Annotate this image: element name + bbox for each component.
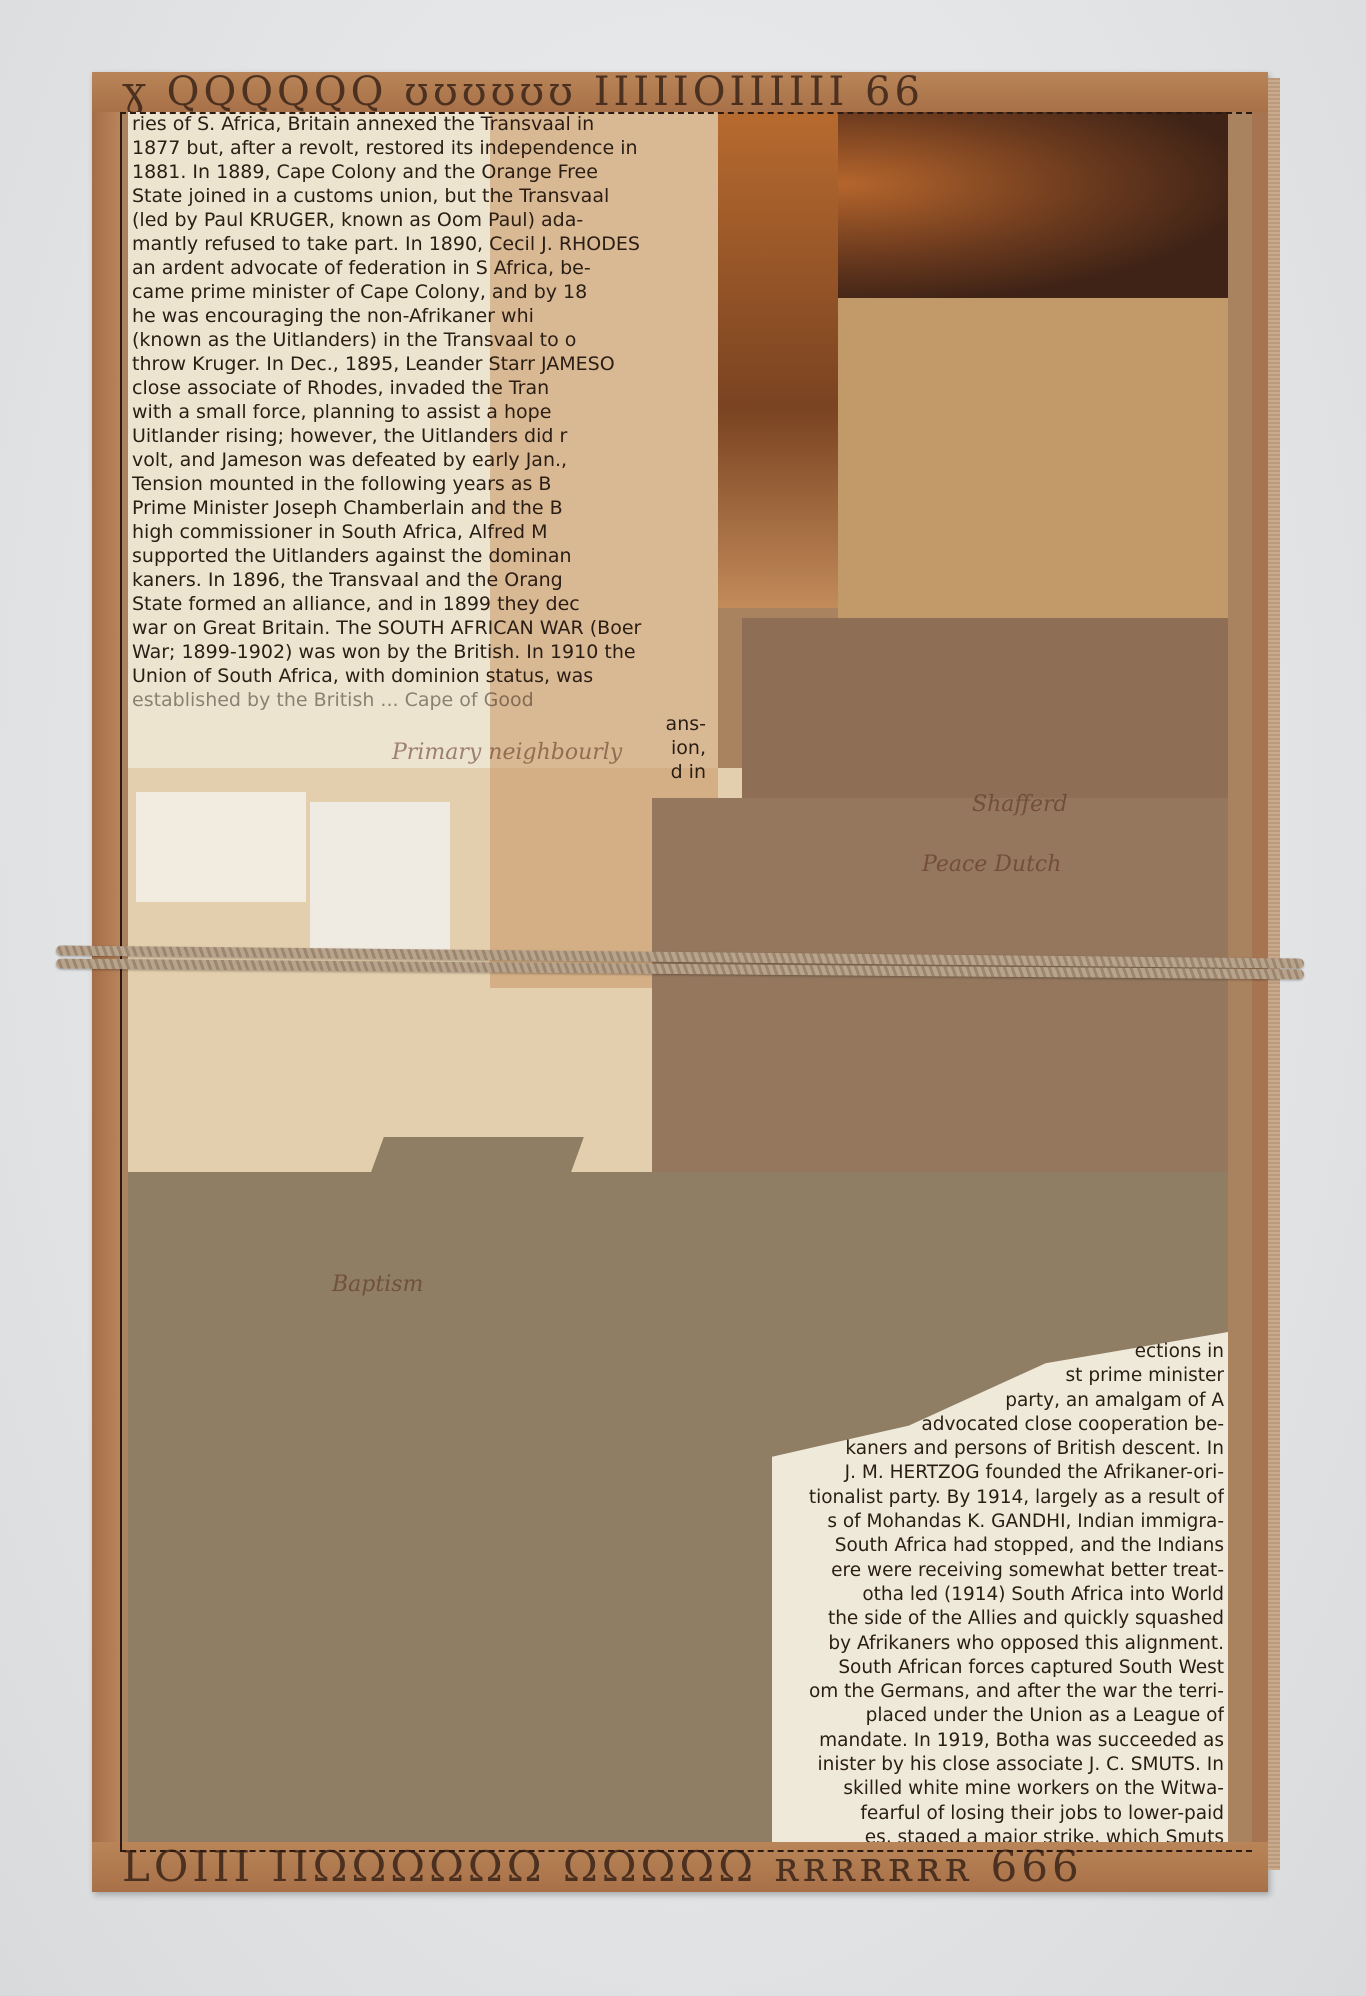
handwriting: Primary neighbourly bbox=[392, 740, 622, 765]
text-line: mandate. In 1919, Botha was succeeded as bbox=[780, 1729, 1224, 1753]
text-line: 1881. In 1889, Cape Colony and the Orang… bbox=[132, 160, 712, 184]
white-paint-patch bbox=[310, 802, 450, 952]
text-line: war on Great Britain. The SOUTH AFRICAN … bbox=[132, 616, 712, 640]
text-line: South Africa had stopped, and the Indian… bbox=[780, 1534, 1224, 1558]
text-line: advocated close cooperation be- bbox=[780, 1413, 1224, 1437]
text-line: tionalist party. By 1914, largely as a r… bbox=[780, 1486, 1224, 1510]
text-line: ries of S. Africa, Britain annexed the T… bbox=[132, 112, 712, 136]
text-line: State joined in a customs union, but the… bbox=[132, 184, 712, 208]
stitching-line bbox=[120, 112, 122, 1852]
clipping-text-bottom: ections in st prime minister party, an a… bbox=[780, 1340, 1224, 1875]
text-line: War; 1899-1902) was won by the British. … bbox=[132, 640, 712, 664]
text-line: kaners and persons of British descent. I… bbox=[780, 1437, 1224, 1461]
text-line: Tension mounted in the following years a… bbox=[132, 472, 712, 496]
cork-paper-panel bbox=[838, 298, 1228, 618]
text-line: ans- bbox=[132, 712, 712, 736]
text-line: high commissioner in South Africa, Alfre… bbox=[132, 520, 712, 544]
stitching-line bbox=[120, 1850, 1252, 1852]
stitching-line bbox=[120, 112, 1252, 114]
text-line: established by the British ... Cape of G… bbox=[132, 688, 712, 712]
text-line: came prime minister of Cape Colony, and … bbox=[132, 280, 712, 304]
text-line: om the Germans, and after the war the te… bbox=[780, 1680, 1224, 1704]
handwriting: Baptism bbox=[332, 1272, 423, 1297]
clipping-text-top: ries of S. Africa, Britain annexed the T… bbox=[132, 112, 712, 784]
text-line: party, an amalgam of A bbox=[780, 1389, 1224, 1413]
text-line: by Afrikaners who opposed this alignment… bbox=[780, 1632, 1224, 1656]
text-line: 1877 but, after a revolt, restored its i… bbox=[132, 136, 712, 160]
text-line: State formed an alliance, and in 1899 th… bbox=[132, 592, 712, 616]
text-line: he was encouraging the non-Afrikaner whi bbox=[132, 304, 712, 328]
border-left bbox=[92, 72, 120, 1892]
text-line: close associate of Rhodes, invaded the T… bbox=[132, 376, 712, 400]
lion-mane-image bbox=[718, 108, 838, 608]
text-line: J. M. HERTZOG founded the Afrikaner-ori- bbox=[780, 1461, 1224, 1485]
text-line: otha led (1914) South Africa into World bbox=[780, 1583, 1224, 1607]
text-line: with a small force, planning to assist a… bbox=[132, 400, 712, 424]
white-paint-patch bbox=[136, 792, 306, 902]
decorative-glyphs: ɣ QQQQQQ ʊʊʊʊʊʊ IIIIIOIIIIII 66 bbox=[92, 72, 1268, 112]
text-line: an ardent advocate of federation in S Af… bbox=[132, 256, 712, 280]
text-line: placed under the Union as a League of bbox=[780, 1704, 1224, 1728]
handwriting: Shafferd bbox=[972, 792, 1068, 817]
text-line: Prime Minister Joseph Chamberlain and th… bbox=[132, 496, 712, 520]
text-line: volt, and Jameson was defeated by early … bbox=[132, 448, 712, 472]
text-line: st prime minister bbox=[780, 1364, 1224, 1388]
text-line: ere were receiving somewhat better treat… bbox=[780, 1559, 1224, 1583]
text-line: kaners. In 1896, the Transvaal and the O… bbox=[132, 568, 712, 592]
text-line: mantly refused to take part. In 1890, Ce… bbox=[132, 232, 712, 256]
text-line: South African forces captured South West bbox=[780, 1656, 1224, 1680]
text-line: supported the Uitlanders against the dom… bbox=[132, 544, 712, 568]
text-line: the side of the Allies and quickly squas… bbox=[780, 1607, 1224, 1631]
text-line: throw Kruger. In Dec., 1895, Leander Sta… bbox=[132, 352, 712, 376]
text-line: Union of South Africa, with dominion sta… bbox=[132, 664, 712, 688]
text-line: inister by his close associate J. C. SMU… bbox=[780, 1753, 1224, 1777]
top-border-strip: ɣ QQQQQQ ʊʊʊʊʊʊ IIIIIOIIIIII 66 bbox=[92, 72, 1268, 112]
border-right bbox=[1252, 72, 1268, 1892]
handwriting: Peace Dutch bbox=[922, 852, 1061, 877]
journal-cover: ries of S. Africa, Britain annexed the T… bbox=[92, 72, 1268, 1892]
text-line: fearful of losing their jobs to lower-pa… bbox=[780, 1802, 1224, 1826]
text-line: skilled white mine workers on the Witwa- bbox=[780, 1777, 1224, 1801]
text-line: Uitlander rising; however, the Uitlander… bbox=[132, 424, 712, 448]
text-line: s of Mohandas K. GANDHI, Indian immigra- bbox=[780, 1510, 1224, 1534]
text-line: (led by Paul KRUGER, known as Oom Paul) … bbox=[132, 208, 712, 232]
text-line: ections in bbox=[780, 1340, 1224, 1364]
text-line: (known as the Uitlanders) in the Transva… bbox=[132, 328, 712, 352]
